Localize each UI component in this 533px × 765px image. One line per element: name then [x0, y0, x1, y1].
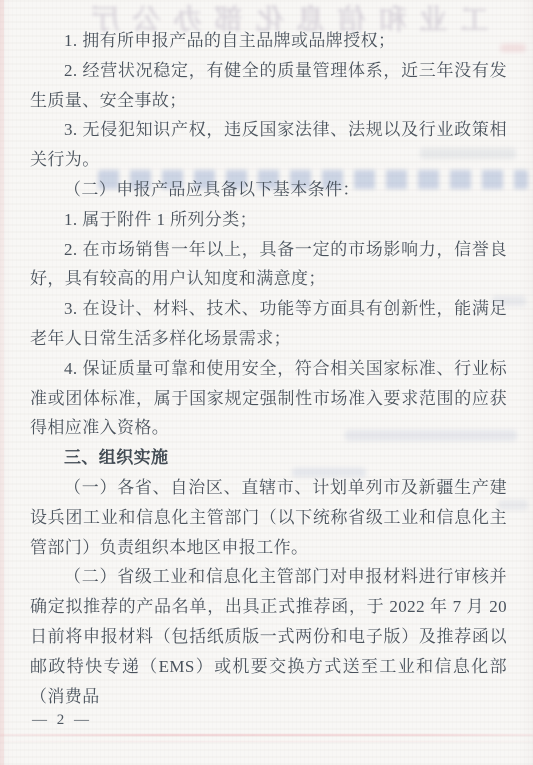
- doc-paragraph: 3. 无侵犯知识产权，违反国家法律、法规以及行业政策相关行为。: [30, 115, 507, 175]
- scan-line: [0, 734, 533, 736]
- doc-paragraph: 2. 经营状况稳定，有健全的质量管理体系，近三年没有发生质量、安全事故；: [30, 56, 507, 116]
- doc-paragraph: 2. 在市场销售一年以上，具备一定的市场影响力，信誉良好，具有较高的用户认知度和…: [30, 235, 507, 295]
- doc-paragraph: （二）省级工业和信息化主管部门对申报材料进行审核并确定拟推荐的产品名单，出具正式…: [30, 562, 507, 711]
- doc-paragraph: （一）各省、自治区、直辖市、计划单列市及新疆生产建设兵团工业和信息化主管部门（以…: [30, 473, 507, 562]
- doc-paragraph: 1. 属于附件 1 所列分类；: [30, 205, 507, 235]
- doc-paragraph: 4. 保证质量可靠和使用安全，符合相关国家标准、行业标准或团体标准，属于国家规定…: [30, 354, 507, 443]
- section-heading: 三、组织实施: [30, 443, 507, 473]
- scan-edge-streak: [0, 0, 4, 765]
- doc-paragraph: 1. 拥有所申报产品的自主品牌或品牌授权；: [30, 26, 507, 56]
- doc-paragraph: （二）申报产品应具备以下基本条件：: [30, 175, 507, 205]
- document-body: 1. 拥有所申报产品的自主品牌或品牌授权； 2. 经营状况稳定，有健全的质量管理…: [30, 26, 507, 711]
- scan-line: [0, 741, 533, 742]
- page-number: — 2 —: [32, 712, 92, 729]
- scanned-document-page: 工业和信息化部办公厅 1. 拥有所申报产品的自主品牌或品牌授权； 2. 经营状况…: [0, 0, 533, 765]
- doc-paragraph: 3. 在设计、材料、技术、功能等方面具有创新性，能满足老年人日常生活多样化场景需…: [30, 294, 507, 354]
